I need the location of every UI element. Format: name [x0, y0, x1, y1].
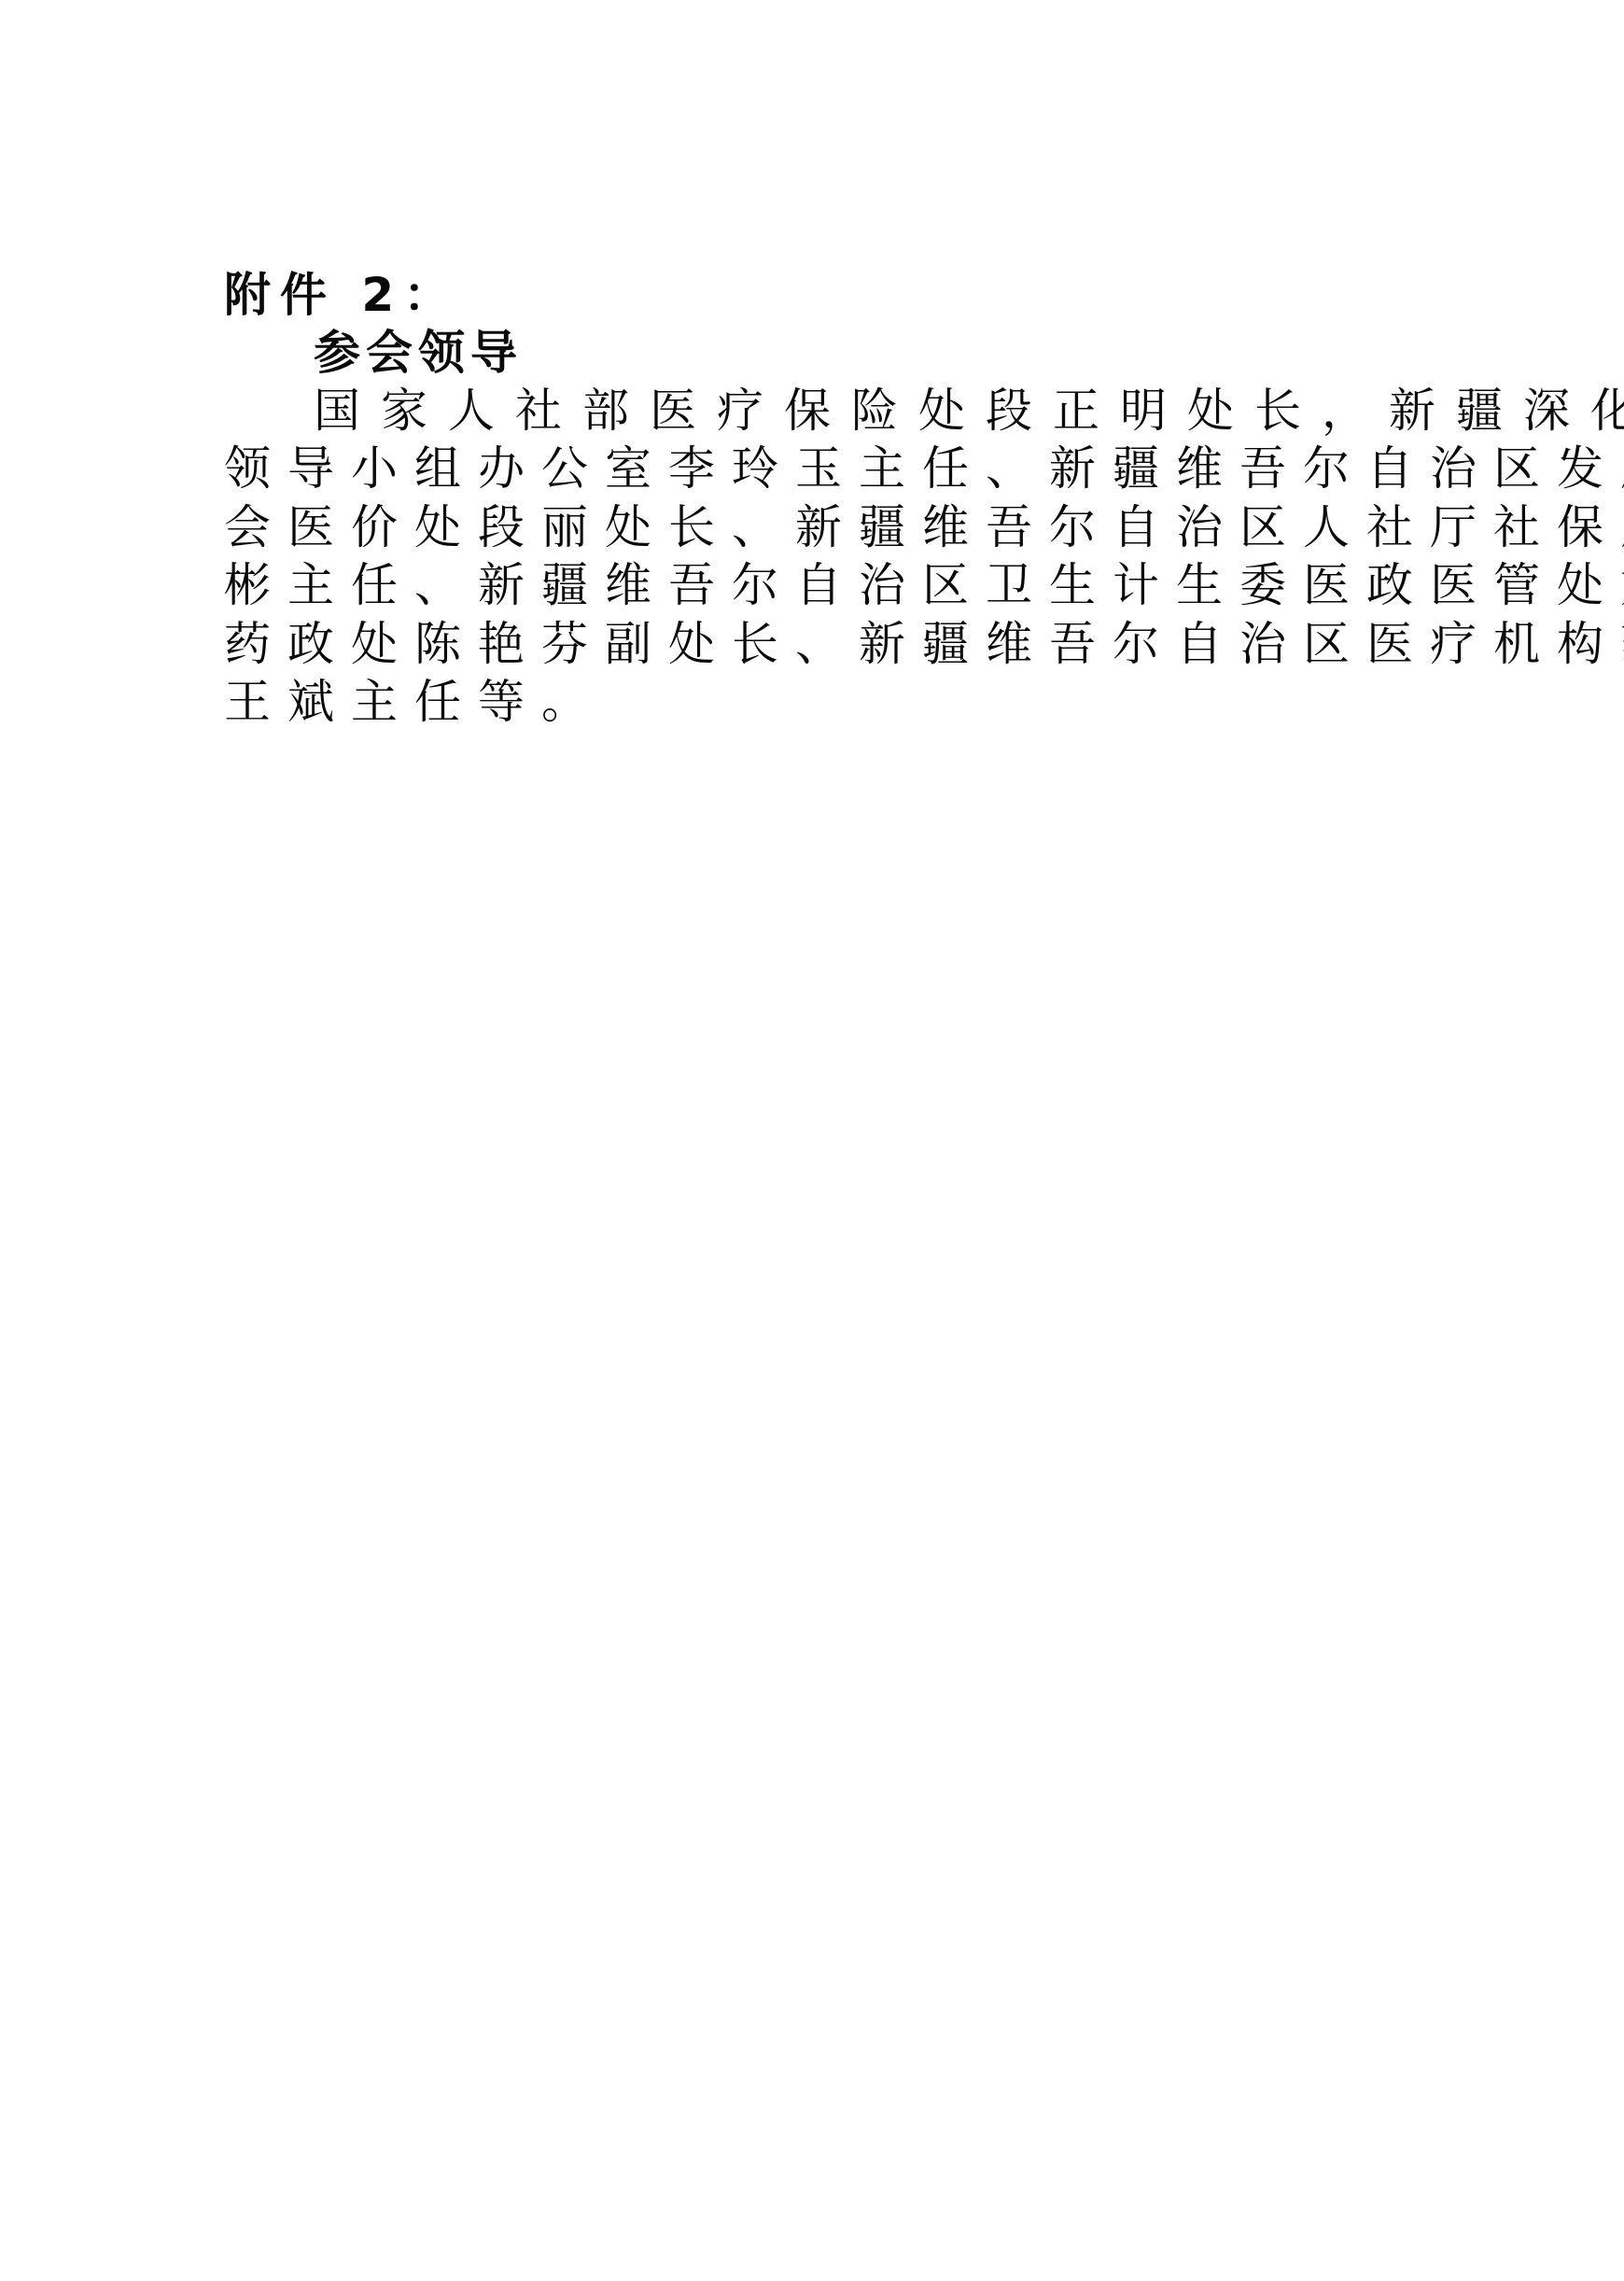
- paragraph-line: 会医价处段丽处长、新疆维吾尔自治区人社厅社保局医保中心姚: [224, 498, 1624, 556]
- attachment-label: 附件 2：: [224, 266, 459, 324]
- paragraph-line: 国家人社部医疗保险处段正明处长，新疆深化医药体制改革: [314, 382, 1624, 440]
- paragraph-line: 药政处陈艳芬副处长、新疆维吾尔自治区医疗机构药品采购中心: [224, 615, 1624, 673]
- paragraph-line: 王斌主任等。: [224, 673, 605, 731]
- section-heading: 参会领导: [314, 324, 523, 382]
- paragraph-line: 彬主任、新疆维吾尔自治区卫生计生委医政医管处刘向副处长、: [224, 556, 1624, 614]
- paragraph-line: 领导小组办公室李玲玉主任、新疆维吾尔自治区发展和改革委员: [224, 440, 1624, 497]
- document-page: 附件 2： 参会领导 国家人社部医疗保险处段正明处长，新疆深化医药体制改革 领导…: [0, 0, 1624, 2281]
